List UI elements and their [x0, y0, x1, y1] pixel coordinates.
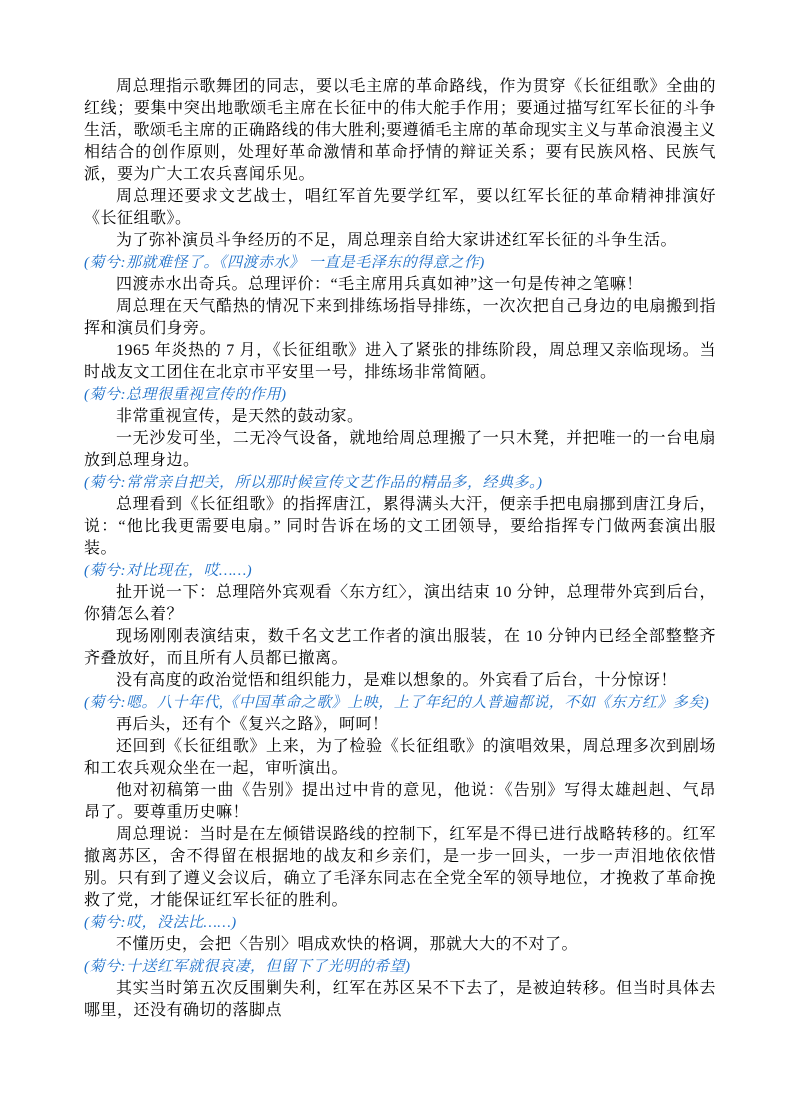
paragraph: 没有高度的政治觉悟和组织能力，是难以想象的。外宾看了后台，十分惊讶！: [84, 670, 716, 692]
paragraph: 还回到《长征组歌》上来，为了检验《长征组歌》的演唱效果，周总理多次到剧场和工农兵…: [84, 736, 716, 780]
reader-comment: (菊兮:嗯。八十年代,《中国革命之歌》上映，上了年纪的人普遍都说，不如《东方红》…: [84, 692, 716, 714]
paragraph: 非常重视宣传，是天然的鼓动家。: [84, 406, 716, 428]
document-page: 周总理指示歌舞团的同志，要以毛主席的革命路线，作为贯穿《长征组歌》全曲的红线；要…: [0, 0, 800, 1100]
paragraph: 一无沙发可坐，二无冷气设备，就地给周总理搬了一只木凳，并把唯一的一台电扇放到总理…: [84, 428, 716, 472]
paragraph: 为了弥补演员斗争经历的不足，周总理亲自给大家讲述红军长征的斗争生活。: [84, 230, 716, 252]
reader-comment: (菊兮:总理很重视宣传的作用): [84, 384, 716, 406]
paragraph: 扯开说一下：总理陪外宾观看〈东方红〉，演出结束 10 分钟，总理带外宾到后台，你…: [84, 582, 716, 626]
reader-comment: (菊兮:哎，没法比……): [84, 912, 716, 934]
reader-comment: (菊兮:对比现在，哎……): [84, 560, 716, 582]
paragraph: 周总理在天气酷热的情况下来到排练场指导排练，一次次把自己身边的电扇搬到指挥和演员…: [84, 296, 716, 340]
paragraph: 周总理还要求文艺战士，唱红军首先要学红军，要以红军长征的革命精神排演好《长征组歌…: [84, 186, 716, 230]
paragraph: 1965 年炎热的 7 月，《长征组歌》进入了紧张的排练阶段，周总理又亲临现场。…: [84, 340, 716, 384]
paragraph: 他对初稿第一曲《告别》提出过中肯的意见，他说：《告别》写得太雄赳赳、气昂昂了。要…: [84, 780, 716, 824]
reader-comment: (菊兮:十送红军就很哀凄，但留下了光明的希望): [84, 956, 716, 978]
paragraph: 周总理指示歌舞团的同志，要以毛主席的革命路线，作为贯穿《长征组歌》全曲的红线；要…: [84, 76, 716, 186]
paragraph: 不懂历史，会把〈告别〉唱成欢快的格调，那就大大的不对了。: [84, 934, 716, 956]
paragraph: 周总理说：当时是在左倾错误路线的控制下，红军是不得已进行战略转移的。红军撤离苏区…: [84, 824, 716, 912]
paragraph: 四渡赤水出奇兵。总理评价：“毛主席用兵真如神”这一句是传神之笔嘛！: [84, 274, 716, 296]
paragraph: 其实当时第五次反围剿失利，红军在苏区呆不下去了，是被迫转移。但当时具体去哪里，还…: [84, 978, 716, 1022]
paragraph: 总理看到《长征组歌》的指挥唐江，累得满头大汗，便亲手把电扇挪到唐江身后，说：“他…: [84, 494, 716, 560]
paragraph: 现场刚刚表演结束，数千名文艺工作者的演出服装，在 10 分钟内已经全部整整齐齐叠…: [84, 626, 716, 670]
document-body: 周总理指示歌舞团的同志，要以毛主席的革命路线，作为贯穿《长征组歌》全曲的红线；要…: [84, 76, 716, 1022]
reader-comment: (菊兮:常常亲自把关，所以那时候宣传文艺作品的精品多，经典多。): [84, 472, 716, 494]
paragraph: 再后头，还有个《复兴之路》，呵呵！: [84, 714, 716, 736]
reader-comment: (菊兮:那就难怪了。《四渡赤水》 一直是毛泽东的得意之作): [84, 252, 716, 274]
